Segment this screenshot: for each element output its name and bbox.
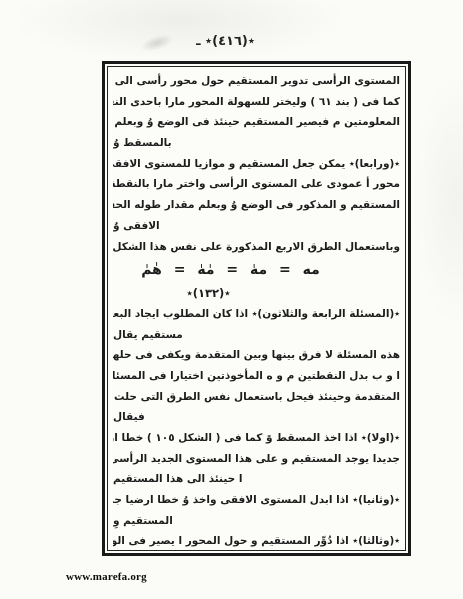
text-line: ٭(وثالثا)٭ اذا دُوِّر المستقيم و حول الم… xyxy=(113,531,400,550)
turnover-line: مستقيم يقال xyxy=(113,325,400,346)
text-line: المستوى الرأسى تدوير المستقيم حول محور ر… xyxy=(113,71,400,92)
page-border-inner-rule: المستوى الرأسى تدوير المستقيم حول محور ر… xyxy=(107,66,406,551)
turnover-line: الافقى وٌ xyxy=(113,216,400,237)
text-line: كما فى ( بند ٦١ ) وليختر للسهولة المحور … xyxy=(113,92,400,113)
text-line: ا و ب بدل النقطتين م و ه المأخوذتين اختي… xyxy=(113,366,400,387)
watermark-url: www.marefa.org xyxy=(66,571,147,583)
section-number: ٭(١٣٢)٭ xyxy=(108,283,352,304)
text-line: هذه المسئلة لا فرق بينها وبين المتقدمة و… xyxy=(113,345,400,366)
page-number: ٭(٤١٦)٭ ـ xyxy=(0,34,457,49)
text-line: المعلومتين م فيصير المستقيم حينئذ فى الو… xyxy=(113,112,400,133)
text-line: المتقدمة وحينئذ فيحل باستعمال نفس الطرق … xyxy=(113,387,400,408)
turnover-line: بالمسقط وُ xyxy=(113,133,400,154)
text-line: المستقيم و المذكور فى الوضع وُ وبعلم مقد… xyxy=(113,195,400,216)
turnover-line: المستقيم وِ xyxy=(113,511,400,532)
text-block: المستوى الرأسى تدوير المستقيم حول محور ر… xyxy=(108,67,405,550)
text-line: ٭(ورابعا)٭ يمكن جعل المستقيم و موازيا لل… xyxy=(113,154,400,175)
text-line: ٭(وثانيا)٭ اذا ابدل المستوى الافقى واخذ … xyxy=(113,490,400,511)
turnover-line: فيقال xyxy=(113,407,400,428)
equation-line: مه = مهٰ = مٰهٰ = هٰمٰ xyxy=(108,257,374,283)
text-line: جديدا يوجد المستقيم و على هذا المستوى ال… xyxy=(113,449,400,470)
turnover-line: ا حينئذ الى هذا المستقيم xyxy=(113,469,400,490)
page-border-frame: المستوى الرأسى تدوير المستقيم حول محور ر… xyxy=(102,61,411,556)
text-line: ٭(اولا)٭ اذا اخذ المسقط وً كما فى ( الشك… xyxy=(113,428,400,449)
text-line: محور أ عمودى على المستوى الرأسى واختر ما… xyxy=(113,174,400,195)
text-line: ٭(المسئلة الرابعة والثلاثون)٭ اذا كان ال… xyxy=(113,304,400,325)
scanned-book-page: ٭(٤١٦)٭ ـ المستوى الرأسى تدوير المستقيم … xyxy=(0,0,463,599)
text-line: وباستعمال الطرق الاربع المذكورة على نفس … xyxy=(113,237,400,258)
